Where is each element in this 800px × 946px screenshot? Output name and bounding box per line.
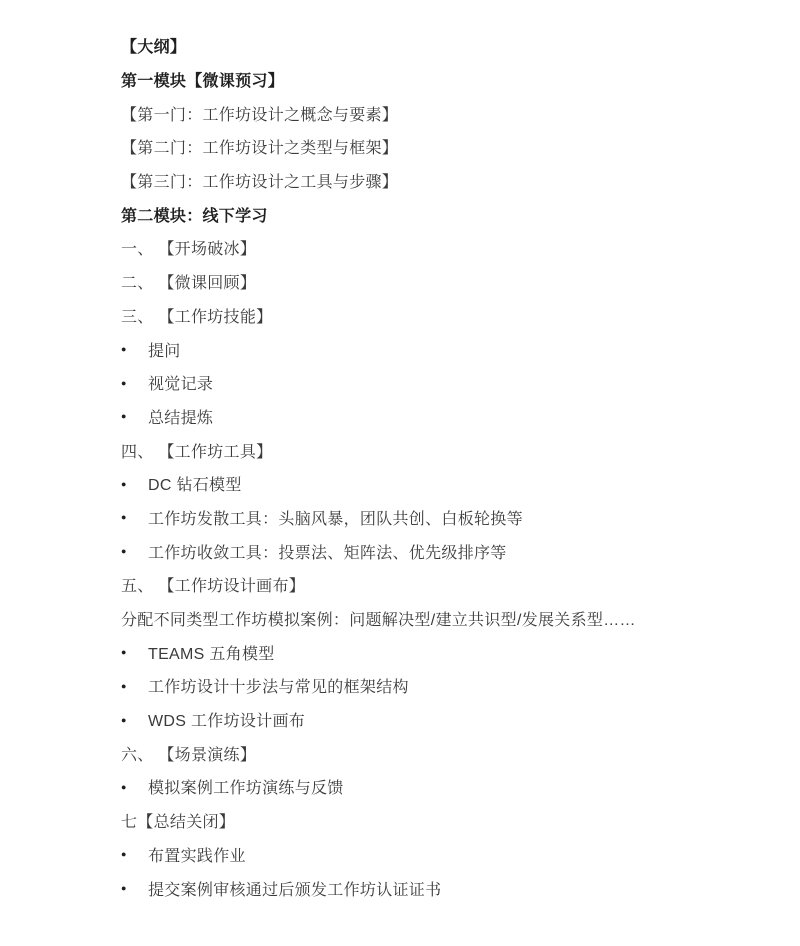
bullet-icon: ● <box>121 479 148 489</box>
bullet-list-item: ● 工作坊发散工具：头脑风暴，团队共创、白板轮换等 <box>121 501 740 535</box>
line-text: 七【总结关闭】 <box>121 809 235 832</box>
line-text: TEAMS 五角模型 <box>148 641 275 664</box>
line-text: 总结提炼 <box>148 405 213 428</box>
bullet-list-item: ● DC 钻石模型 <box>121 467 740 501</box>
document-content: 【大纲】 第一模块【微课预习】 【第一门：工作坊设计之概念与要素】 【第二门：工… <box>0 0 800 905</box>
line-text: 三、 【工作坊技能】 <box>121 304 272 327</box>
line-text: 六、 【场景演练】 <box>121 742 256 765</box>
line-text: 视觉记录 <box>148 371 213 394</box>
line-text: WDS 工作坊设计画布 <box>148 708 305 731</box>
numbered-item-6: 六、 【场景演练】 <box>121 736 740 770</box>
bullet-icon: ● <box>121 849 148 859</box>
line-text: 模拟案例工作坊演练与反馈 <box>148 775 344 798</box>
line-text: 【第二门：工作坊设计之类型与框架】 <box>121 135 398 158</box>
bullet-list-item: ● WDS 工作坊设计画布 <box>121 703 740 737</box>
lesson-2-line: 【第二门：工作坊设计之类型与框架】 <box>121 130 740 164</box>
line-text: 工作坊收敛工具：投票法、矩阵法、优先级排序等 <box>148 540 507 563</box>
bullet-list-item: ● 工作坊收敛工具：投票法、矩阵法、优先级排序等 <box>121 534 740 568</box>
bullet-list-item: ● 总结提炼 <box>121 400 740 434</box>
line-text: 【第一门：工作坊设计之概念与要素】 <box>121 102 398 125</box>
line-text: 第二模块：线下学习 <box>121 203 268 226</box>
line-text: 【第三门：工作坊设计之工具与步骤】 <box>121 169 398 192</box>
bullet-list-item: ● 布置实践作业 <box>121 838 740 872</box>
line-text: 工作坊发散工具：头脑风暴，团队共创、白板轮换等 <box>148 506 523 529</box>
numbered-item-3: 三、 【工作坊技能】 <box>121 299 740 333</box>
bullet-icon: ● <box>121 411 148 421</box>
line-text: 第一模块【微课预习】 <box>121 68 284 91</box>
line-text: 提交案例审核通过后颁发工作坊认证证书 <box>148 877 441 900</box>
line-text: 工作坊设计十步法与常见的框架结构 <box>148 674 409 697</box>
bullet-list-item: ● 工作坊设计十步法与常见的框架结构 <box>121 669 740 703</box>
line-text: 二、 【微课回顾】 <box>121 270 256 293</box>
module-2-heading: 第二模块：线下学习 <box>121 197 740 231</box>
module-1-heading: 第一模块【微课预习】 <box>121 63 740 97</box>
document-page: 【大纲】 第一模块【微课预习】 【第一门：工作坊设计之概念与要素】 【第二门：工… <box>0 0 800 946</box>
line-text: 四、 【工作坊工具】 <box>121 439 272 462</box>
line-text: 分配不同类型工作坊模拟案例：问题解决型/建立共识型/发展关系型…… <box>121 607 636 630</box>
bullet-icon: ● <box>121 344 148 354</box>
lesson-3-line: 【第三门：工作坊设计之工具与步骤】 <box>121 164 740 198</box>
bullet-list-item: ● 视觉记录 <box>121 366 740 400</box>
bullet-icon: ● <box>121 546 148 556</box>
bullet-icon: ● <box>121 883 148 893</box>
line-text: 【大纲】 <box>121 34 186 57</box>
numbered-item-7: 七【总结关闭】 <box>121 804 740 838</box>
bullet-list-item: ● 提交案例审核通过后颁发工作坊认证证书 <box>121 871 740 905</box>
bullet-icon: ● <box>121 715 148 725</box>
bullet-icon: ● <box>121 647 148 657</box>
line-text: 五、 【工作坊设计画布】 <box>121 573 305 596</box>
bullet-icon: ● <box>121 681 148 691</box>
case-assignment-note: 分配不同类型工作坊模拟案例：问题解决型/建立共识型/发展关系型…… <box>121 602 740 636</box>
numbered-item-1: 一、 【开场破冰】 <box>121 231 740 265</box>
bullet-icon: ● <box>121 378 148 388</box>
numbered-item-2: 二、 【微课回顾】 <box>121 265 740 299</box>
line-text: 提问 <box>148 338 181 361</box>
line-text: DC 钻石模型 <box>148 472 242 495</box>
bullet-list-item: ● TEAMS 五角模型 <box>121 635 740 669</box>
numbered-item-4: 四、 【工作坊工具】 <box>121 433 740 467</box>
bullet-icon: ● <box>121 782 148 792</box>
bullet-icon: ● <box>121 512 148 522</box>
bullet-list-item: ● 提问 <box>121 332 740 366</box>
lesson-1-line: 【第一门：工作坊设计之概念与要素】 <box>121 96 740 130</box>
outline-title: 【大纲】 <box>121 29 740 63</box>
bullet-list-item: ● 模拟案例工作坊演练与反馈 <box>121 770 740 804</box>
numbered-item-5: 五、 【工作坊设计画布】 <box>121 568 740 602</box>
line-text: 布置实践作业 <box>148 843 246 866</box>
line-text: 一、 【开场破冰】 <box>121 236 256 259</box>
